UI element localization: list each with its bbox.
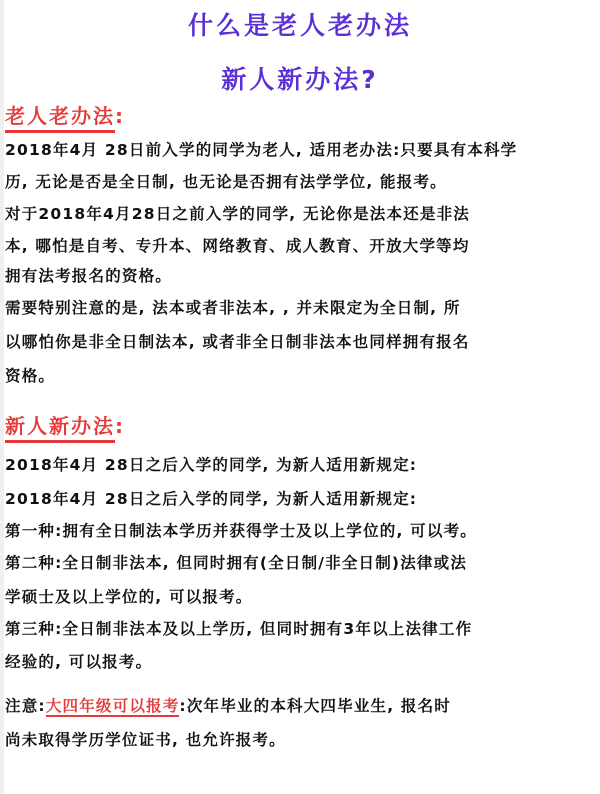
page-edge (0, 0, 4, 794)
old-line-4: 本, 哪怕是自考、专升本、网络教育、成人教育、开放大学等均 (5, 234, 470, 256)
note-line-1: 注意:大四年级可以报考:次年毕业的本科大四毕业生, 报名时 (5, 694, 451, 716)
old-line-1: 2018年4月 28日前入学的同学为老人, 适用老办法:只要具有本科学 (5, 138, 517, 160)
new-line-7: 经验的, 可以报考。 (5, 650, 152, 672)
old-line-6: 需要特别注意的是, 法本或者非法本, , 并未限定为全日制, 所 (5, 296, 461, 318)
new-line-4: 第二种:全日制非法本, 但同时拥有(全日制/非全日制)法律或法 (5, 551, 467, 573)
old-line-7: 以哪怕你是非全日制法本, 或者非全日制非法本也同样拥有报名 (5, 330, 470, 352)
new-line-3: 第一种:拥有全日制法本学历并获得学士及以上学位的, 可以考。 (5, 519, 477, 541)
old-line-8: 资格。 (5, 364, 55, 386)
new-line-2: 2018年4月 28日之后入学的同学, 为新人适用新规定: (5, 487, 417, 509)
new-line-1: 2018年4月 28日之后入学的同学, 为新人适用新规定: (5, 453, 417, 475)
note-prefix: 注意: (5, 697, 46, 715)
note-rest: :次年毕业的本科大四毕业生, 报名时 (179, 697, 451, 715)
section-heading-old-text: 老人老办法 (5, 104, 115, 133)
heading-colon: : (115, 104, 125, 128)
page-title-line2: 新人新办法? (0, 60, 600, 96)
section-heading-new: 新人新办法: (5, 410, 125, 439)
page-title-line1: 什么是老人老办法 (0, 6, 600, 42)
note-line-2: 尚未取得学历学位证书, 也允许报考。 (5, 728, 286, 750)
new-line-6: 第三种:全日制非法本及以上学历, 但同时拥有3年以上法律工作 (5, 617, 472, 639)
new-line-5: 学硕士及以上学位的, 可以报考。 (5, 585, 253, 607)
note-highlight: 大四年级可以报考 (46, 697, 180, 717)
section-heading-old: 老人老办法: (5, 100, 125, 129)
old-line-5: 拥有法考报名的资格。 (5, 264, 172, 286)
section-heading-new-text: 新人新办法 (5, 414, 115, 443)
old-line-2: 历, 无论是否是全日制, 也无论是否拥有法学学位, 能报考。 (5, 170, 447, 192)
heading-colon: : (115, 414, 125, 438)
old-line-3: 对于2018年4月28日之前入学的同学, 无论你是法本还是非法 (5, 202, 470, 224)
